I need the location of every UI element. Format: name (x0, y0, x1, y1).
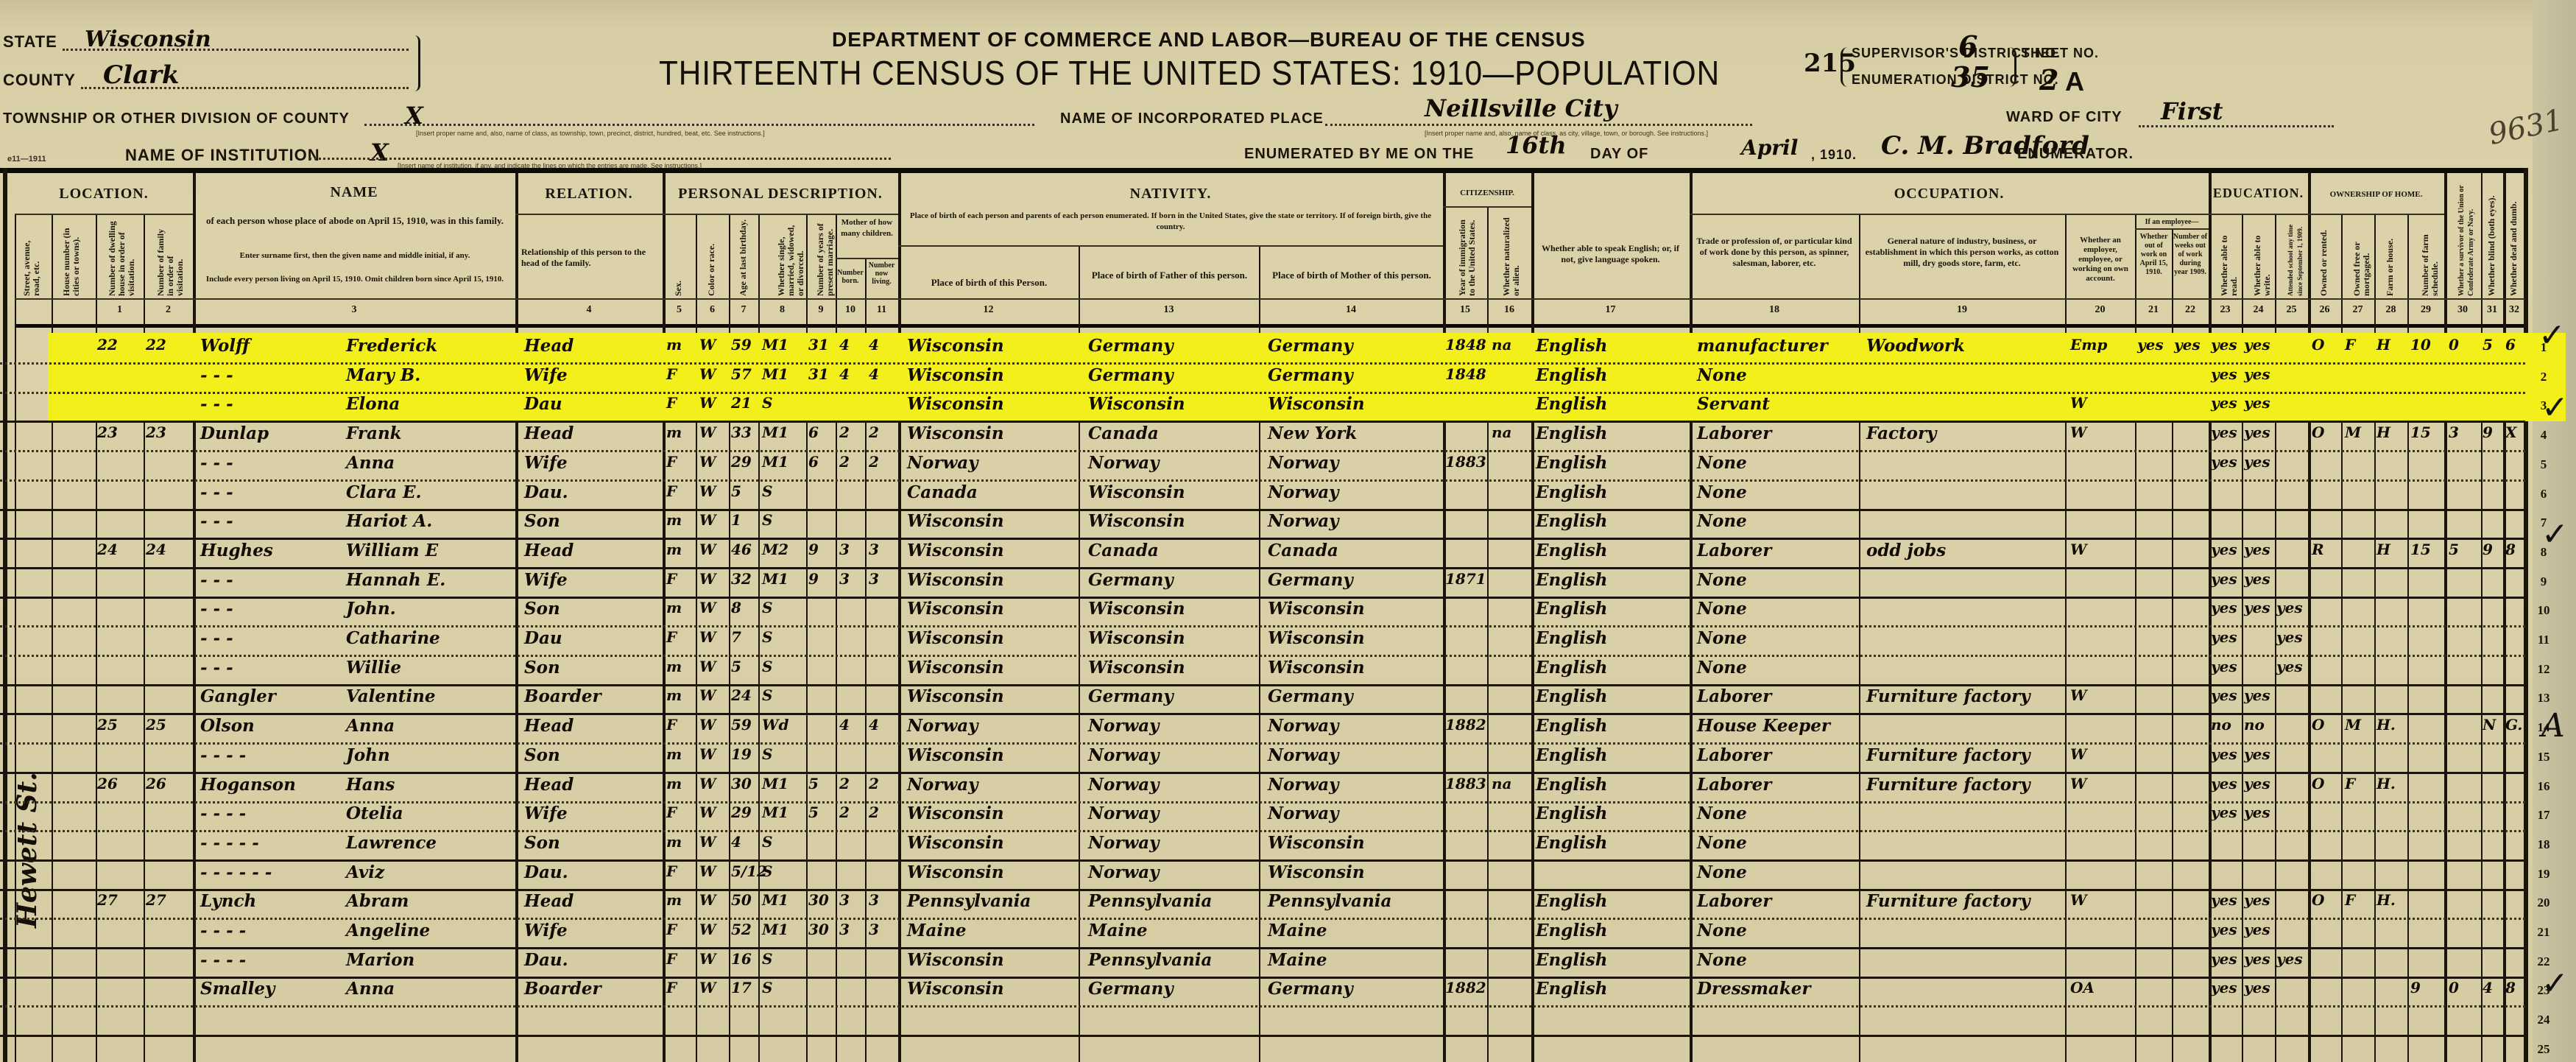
table-row: 2727LynchAbramHeadmW50M13033Pennsylvania… (0, 888, 2525, 920)
immigration-year-cell (1445, 803, 1487, 829)
deaf-dumb-cell (2505, 570, 2526, 595)
age-header: Age at last birthday. (738, 219, 748, 296)
years-married-cell (808, 950, 836, 975)
employer-status-cell: W (2070, 686, 2135, 711)
relation-cell: Dau. (524, 482, 660, 507)
table-row: - - - -AngelineWifeFW52M13033MaineMaineM… (0, 918, 2525, 949)
dwelling-number-cell (97, 862, 141, 887)
years-married-cell (808, 658, 836, 683)
given-name-cell: William E (346, 541, 515, 566)
language-cell: English (1536, 658, 1687, 683)
col-number: 20 (2065, 304, 2135, 316)
farm-house-cell (2376, 921, 2407, 946)
ward-label: Ward of city (2006, 109, 2122, 126)
deaf-dumb-cell (2505, 686, 2526, 711)
children-born-cell (839, 979, 865, 1004)
farm-house-cell (2376, 482, 2407, 507)
out-of-work-cell (2137, 658, 2172, 683)
owned-rented-cell (2312, 921, 2341, 946)
deaf-dumb-cell (2505, 453, 2526, 478)
years-married-cell (808, 1008, 836, 1033)
color-cell: W (699, 862, 729, 887)
years-married-cell (808, 482, 836, 507)
can-write-cell: yes (2244, 365, 2275, 390)
trade-cell: House Keeper (1697, 716, 1859, 741)
table-row: 24 (0, 1005, 2525, 1037)
can-read-cell (2211, 862, 2242, 887)
free-mortgaged-cell (2345, 599, 2374, 624)
can-write-cell (2244, 1008, 2275, 1033)
father-birthplace-cell: Wisconsin (1088, 511, 1257, 536)
farm-schedule-cell: 15 (2410, 423, 2444, 449)
naturalized-cell (1492, 365, 1531, 390)
sex-cell: F (666, 570, 696, 595)
farm-schedule-cell (2410, 365, 2444, 390)
employer-status-cell: Emp (2070, 336, 2135, 361)
veteran-cell (2449, 891, 2481, 916)
owned-header: Owned or rented. (2319, 219, 2329, 296)
deaf-dumb-cell (2505, 394, 2526, 419)
father-birthplace-cell: Germany (1088, 365, 1257, 390)
read-header: Whether able to read. (2220, 219, 2239, 296)
farm-house-cell (2376, 394, 2407, 419)
immigration-year-cell (1445, 599, 1487, 624)
name-desc-1: of each person whose place of abode on A… (200, 215, 509, 226)
naturalized-cell (1492, 686, 1531, 711)
dwelling-number-cell (97, 628, 141, 653)
school-header: Attended school any time since September… (2286, 219, 2305, 296)
birthplace-cell (907, 1008, 1076, 1033)
age-cell: 1 (731, 511, 761, 536)
veteran-cell: 0 (2449, 979, 2481, 1004)
color-cell: W (699, 423, 729, 449)
father-birthplace-cell: Wisconsin (1088, 394, 1257, 419)
children-living-cell (869, 862, 898, 887)
birthplace-cell: Maine (907, 921, 1076, 946)
veteran-cell (2449, 921, 2481, 946)
can-read-cell: yes (2211, 628, 2242, 653)
family-number-cell (146, 482, 190, 507)
mother-birthplace-cell: Wisconsin (1268, 833, 1441, 858)
owned-rented-cell (2312, 745, 2341, 770)
free-mortgaged-cell (2345, 979, 2374, 1004)
employer-status-cell (2070, 599, 2135, 624)
farm-schedule-cell (2410, 628, 2444, 653)
col-number: 18 (1690, 304, 1859, 316)
language-cell: English (1536, 511, 1687, 536)
relation-cell: Head (524, 891, 660, 916)
color-header: Color or race. (707, 219, 716, 296)
marital-status-cell: M1 (762, 921, 806, 946)
can-write-cell (2244, 862, 2275, 887)
children-living-cell (869, 599, 898, 624)
farm-schedule-cell: 9 (2410, 979, 2444, 1004)
free-mortgaged-cell (2345, 686, 2374, 711)
employer-status-cell (2070, 803, 2135, 829)
children-living-cell (869, 511, 898, 536)
age-cell: 17 (731, 979, 761, 1004)
veteran-cell (2449, 628, 2481, 653)
father-birthplace-cell: Maine (1088, 921, 1257, 946)
can-read-cell: yes (2211, 891, 2242, 916)
surname-cell: - - - (200, 365, 347, 390)
blind-cell (2483, 628, 2503, 653)
owned-rented-cell: O (2312, 336, 2341, 361)
birthplace-cell: Norway (907, 453, 1076, 478)
color-cell: W (699, 686, 729, 711)
can-write-cell: yes (2244, 745, 2275, 770)
deaf-dumb-cell (2505, 365, 2526, 390)
dwelling-number-cell (97, 979, 141, 1004)
children-born-cell: 2 (839, 453, 865, 478)
farm-header: Farm or house. (2385, 219, 2395, 296)
can-write-cell: yes (2244, 686, 2275, 711)
surname-cell: Hoganson (200, 775, 347, 800)
can-read-cell (2211, 1038, 2242, 1062)
blind-cell (2483, 775, 2503, 800)
children-living-cell: 2 (869, 453, 898, 478)
blind-cell (2483, 365, 2503, 390)
can-write-cell (2244, 482, 2275, 507)
line-number: 6 (2533, 487, 2555, 502)
deaf-dumb-cell (2505, 891, 2526, 916)
marital-status-cell: M1 (762, 775, 806, 800)
mother-birthplace-cell: Norway (1268, 453, 1441, 478)
can-write-cell: yes (2244, 803, 2275, 829)
language-cell: English (1536, 833, 1687, 858)
relation-cell: Boarder (524, 979, 660, 1004)
surname-cell: Lynch (200, 891, 347, 916)
industry-cell (1866, 1008, 2065, 1033)
relation-cell (524, 1038, 660, 1062)
owned-rented-cell (2312, 365, 2341, 390)
weeks-out-cell (2174, 511, 2209, 536)
surname-cell: - - - (200, 453, 347, 478)
can-write-cell: yes (2244, 570, 2275, 595)
mother-of-header: Mother of how many children. (836, 217, 898, 239)
farm-house-cell (2376, 686, 2407, 711)
industry-cell (1866, 482, 2065, 507)
mother-birthplace-cell: Wisconsin (1268, 862, 1441, 887)
attended-school-cell (2276, 423, 2307, 449)
given-name-cell: Frank (346, 423, 515, 449)
dwelling-number-cell (97, 921, 141, 946)
col-number: 1 (96, 304, 144, 316)
blind-cell: 9 (2483, 541, 2503, 566)
can-read-cell: yes (2211, 803, 2242, 829)
can-write-cell: no (2244, 716, 2275, 741)
blind-cell: 4 (2483, 979, 2503, 1004)
veteran-cell (2449, 482, 2481, 507)
mother-birthplace-cell: Germany (1268, 336, 1441, 361)
surname-cell: - - - (200, 658, 347, 683)
trade-cell (1697, 1008, 1859, 1033)
table-row: - - -ElonaDauFW21SWisconsinWisconsinWisc… (0, 391, 2525, 423)
owned-rented-cell: O (2312, 716, 2341, 741)
header-bottom-border (15, 324, 2525, 328)
language-cell: English (1536, 803, 1687, 829)
dwelling-number-cell: 27 (97, 891, 141, 916)
years-married-cell (808, 628, 836, 653)
father-birthplace-cell: Norway (1088, 453, 1257, 478)
years-married-cell (808, 833, 836, 858)
blind-cell (2483, 686, 2503, 711)
surname-cell: Gangler (200, 686, 347, 711)
weeks-out-cell (2174, 803, 2209, 829)
out-of-work-cell (2137, 775, 2172, 800)
family-number-cell (146, 1008, 190, 1033)
color-cell (699, 1008, 729, 1033)
marital-status-cell: Wd (762, 716, 806, 741)
mother-birthplace-cell: Norway (1268, 511, 1441, 536)
can-write-cell: yes (2244, 453, 2275, 478)
family-number-cell: 25 (146, 716, 190, 741)
farm-house-cell: H. (2376, 891, 2407, 916)
father-birthplace-cell: Norway (1088, 745, 1257, 770)
given-name-cell (346, 1008, 515, 1033)
sex-cell: m (666, 336, 696, 361)
attended-school-cell (2276, 365, 2307, 390)
industry-cell (1866, 950, 2065, 975)
birthplace-cell: Wisconsin (907, 423, 1076, 449)
table-row: 2626HogansonHansHeadmW30M1522NorwayNorwa… (0, 772, 2525, 803)
attended-school-cell (2276, 482, 2307, 507)
department-heading: DEPARTMENT OF COMMERCE AND LABOR—BUREAU … (832, 28, 1586, 52)
farm-house-cell (2376, 453, 2407, 478)
given-name-cell: Catharine (346, 628, 515, 653)
farm-schedule-cell (2410, 453, 2444, 478)
children-born-cell (839, 1008, 865, 1033)
out-of-work-cell (2137, 394, 2172, 419)
language-cell: English (1536, 570, 1687, 595)
dwelling-number-cell (97, 394, 141, 419)
immigration-header: Year of immigration to the United States… (1458, 211, 1477, 296)
mother-birthplace-cell: Norway (1268, 716, 1441, 741)
can-read-cell: yes (2211, 921, 2242, 946)
weeks-out-cell (2174, 891, 2209, 916)
col-number: 5 (663, 304, 696, 316)
naturalized-cell: na (1492, 336, 1531, 361)
mother-birthplace-cell: Canada (1268, 541, 1441, 566)
children-born-cell (839, 511, 865, 536)
deaf-dumb-cell (2505, 833, 2526, 858)
surname-cell (200, 1038, 347, 1062)
employer-status-cell (2070, 716, 2135, 741)
sex-cell: m (666, 833, 696, 858)
out-of-work-cell (2137, 423, 2172, 449)
sex-header: Sex. (674, 219, 683, 296)
industry-cell (1866, 365, 2065, 390)
state-label: State (3, 32, 57, 52)
col-number: 16 (1487, 304, 1531, 316)
years-married-cell (808, 716, 836, 741)
employer-status-cell: W (2070, 745, 2135, 770)
group-personal: PERSONAL DESCRIPTION. (663, 186, 898, 203)
birthplace-cell: Canada (907, 482, 1076, 507)
farm-house-cell (2376, 1038, 2407, 1062)
father-birthplace-cell: Norway (1088, 716, 1257, 741)
family-number-cell (146, 394, 190, 419)
free-mortgaged-cell: M (2345, 716, 2374, 741)
enumerated-day: 16th (1506, 131, 1567, 159)
dwelling-number-cell: 22 (97, 336, 141, 361)
surname-cell: Olson (200, 716, 347, 741)
given-name-cell: Aviz (346, 862, 515, 887)
language-cell (1536, 862, 1687, 887)
family-number-cell (146, 365, 190, 390)
mother-birthplace-cell: Wisconsin (1268, 599, 1441, 624)
dwelling-number-cell (97, 599, 141, 624)
given-name-cell: Hans (346, 775, 515, 800)
can-read-cell: yes (2211, 775, 2242, 800)
farm-schedule-cell (2410, 862, 2444, 887)
owned-rented-cell (2312, 686, 2341, 711)
children-born-cell: 4 (839, 365, 865, 390)
marital-status-cell: S (762, 394, 806, 419)
relation-cell: Dau. (524, 862, 660, 887)
surname-cell: - - - (200, 394, 347, 419)
blind-cell (2483, 658, 2503, 683)
children-born-cell: 2 (839, 775, 865, 800)
age-cell: 29 (731, 453, 761, 478)
sex-cell: m (666, 511, 696, 536)
relation-cell: Son (524, 511, 660, 536)
can-read-cell: yes (2211, 686, 2242, 711)
dwelling-number-cell: 26 (97, 775, 141, 800)
out-of-work-cell (2137, 686, 2172, 711)
father-birthplace-cell: Wisconsin (1088, 658, 1257, 683)
free-mortgaged-cell (2345, 482, 2374, 507)
language-cell: English (1536, 775, 1687, 800)
farm-schedule-cell (2410, 833, 2444, 858)
language-cell: English (1536, 921, 1687, 946)
color-cell: W (699, 833, 729, 858)
children-living-cell (869, 686, 898, 711)
col-number: 28 (2374, 304, 2407, 316)
farm-house-cell (2376, 570, 2407, 595)
age-cell: 19 (731, 745, 761, 770)
years-married-cell (808, 686, 836, 711)
naturalized-cell (1492, 833, 1531, 858)
relation-cell (524, 1008, 660, 1033)
farm-house-cell (2376, 658, 2407, 683)
immigration-year-cell (1445, 1038, 1487, 1062)
sex-cell: m (666, 891, 696, 916)
veteran-cell: 0 (2449, 336, 2481, 361)
attended-school-cell (2276, 833, 2307, 858)
out-of-work-cell (2137, 745, 2172, 770)
color-cell: W (699, 950, 729, 975)
surname-cell: Hughes (200, 541, 347, 566)
children-born-cell: 2 (839, 803, 865, 829)
blind-cell (2483, 511, 2503, 536)
dwelling-number-cell (97, 833, 141, 858)
farm-schedule-cell (2410, 511, 2444, 536)
deaf-dumb-cell: 6 (2505, 336, 2526, 361)
owned-rented-cell (2312, 803, 2341, 829)
col-number: 4 (515, 304, 663, 316)
blind-cell: 9 (2483, 423, 2503, 449)
col-number: 11 (865, 304, 898, 316)
mother-birthplace-cell: Wisconsin (1268, 658, 1441, 683)
immigration-year-cell: 1882 (1445, 716, 1487, 741)
family-number-cell (146, 628, 190, 653)
children-born-cell (839, 1038, 865, 1062)
immigration-year-cell (1445, 745, 1487, 770)
immigration-year-cell (1445, 686, 1487, 711)
industry-cell (1866, 570, 2065, 595)
father-birthplace-cell: Wisconsin (1088, 628, 1257, 653)
children-living-cell (869, 1008, 898, 1033)
immigration-year-cell (1445, 833, 1487, 858)
years-married-cell: 9 (808, 541, 836, 566)
birthplace-cell: Wisconsin (907, 950, 1076, 975)
can-read-cell: yes (2211, 423, 2242, 449)
table-row: 25 (0, 1035, 2525, 1062)
sex-cell: F (666, 628, 696, 653)
immigration-year-cell: 1871 (1445, 570, 1487, 595)
marital-status-cell: M1 (762, 891, 806, 916)
relation-cell: Wife (524, 570, 660, 595)
age-cell: 59 (731, 716, 761, 741)
free-mortgaged-cell (2345, 921, 2374, 946)
family-number-cell (146, 686, 190, 711)
language-cell: English (1536, 628, 1687, 653)
weeks-out-cell (2174, 833, 2209, 858)
farm-schedule-cell (2410, 775, 2444, 800)
checkmark-icon: ✓ (2541, 389, 2569, 426)
marital-status-cell: S (762, 658, 806, 683)
group-location: LOCATION. (15, 186, 193, 203)
children-living-cell (869, 745, 898, 770)
line-number: 19 (2533, 867, 2555, 882)
table-row: - - -CatharineDauFW7SWisconsinWisconsinW… (0, 625, 2525, 657)
veteran-cell (2449, 862, 2481, 887)
attended-school-cell (2276, 394, 2307, 419)
birthplace-cell: Wisconsin (907, 511, 1076, 536)
family-number-cell (146, 862, 190, 887)
margin-letter-a: A (2541, 707, 2565, 745)
employer-status-cell (2070, 365, 2135, 390)
birth-father-header: Place of birth of Father of this person. (1080, 270, 1259, 281)
trade-cell: None (1697, 599, 1859, 624)
attended-school-cell (2276, 453, 2307, 478)
color-cell: W (699, 745, 729, 770)
children-born-cell (839, 628, 865, 653)
surname-cell: Dunlap (200, 423, 347, 449)
marital-status-cell: M1 (762, 803, 806, 829)
farm-schedule-cell (2410, 891, 2444, 916)
given-name-cell: Elona (346, 394, 515, 419)
weeks-out-cell (2174, 862, 2209, 887)
marital-status-cell: S (762, 511, 806, 536)
if-employee-header: If an employee— (2136, 217, 2207, 228)
blind-cell (2483, 482, 2503, 507)
farm-house-cell (2376, 833, 2407, 858)
children-born-cell (839, 950, 865, 975)
birthplace-cell: Wisconsin (907, 570, 1076, 595)
given-name-cell: Abram (346, 891, 515, 916)
can-write-cell: yes (2244, 921, 2275, 946)
immigration-year-cell (1445, 394, 1487, 419)
table-row: - - - - - -AvizDau.FW5/12SWisconsinNorwa… (0, 859, 2525, 891)
owned-rented-cell (2312, 950, 2341, 975)
children-living-cell (869, 628, 898, 653)
relation-desc: Relationship of this person to the head … (521, 247, 657, 269)
trade-cell: Laborer (1697, 775, 1859, 800)
children-born-cell: 3 (839, 541, 865, 566)
out-of-work-cell (2137, 1038, 2172, 1062)
